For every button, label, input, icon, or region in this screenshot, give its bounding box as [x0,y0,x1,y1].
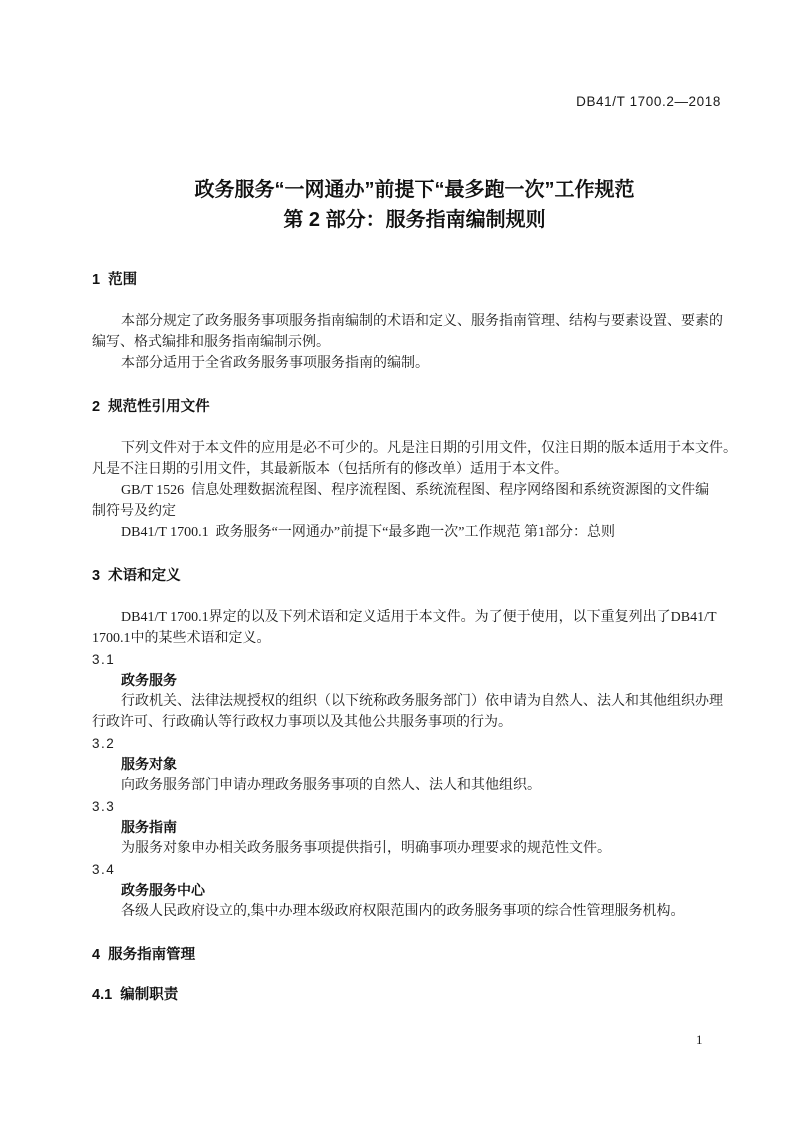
term-name: 政务服务中心 [92,880,737,901]
body-line: 凡是不注日期的引用文件，其最新版本（包括所有的修改单）适用于本文件。 [92,459,737,480]
clause-number-3-2: 3.2 [92,733,737,754]
clause-number-3-1: 3.1 [92,649,737,670]
title-line-1: 政务服务“一网通办”前提下“最多跑一次”工作规范 [92,175,737,205]
title-line-2: 第 2 部分：服务指南编制规则 [92,205,737,235]
reference-item-line: DB41/T 1700.1 政务服务“一网通办”前提下“最多跑一次”工作规范 第… [92,522,737,543]
term-definition-line: 各级人民政府设立的,集中办理本级政府权限范围内的政务服务事项的综合性管理服务机构… [92,901,737,922]
section-heading-scope: 1 范围 [92,271,737,289]
document-page: DB41/T 1700.2—2018 政务服务“一网通办”前提下“最多跑一次”工… [0,0,793,1122]
body-line: 编写、格式编排和服务指南编制示例。 [92,332,737,353]
document-title: 政务服务“一网通办”前提下“最多跑一次”工作规范 第 2 部分：服务指南编制规则 [92,175,737,235]
body-line: DB41/T 1700.1界定的以及下列术语和定义适用于本文件。为了便于使用，以… [92,607,737,628]
term-definition-line: 为服务对象申办相关政务服务事项提供指引，明确事项办理要求的规范性文件。 [92,838,737,859]
term-name: 政务服务 [92,670,737,691]
doc-number: DB41/T 1700.2—2018 [576,94,721,109]
body-line: 本部分适用于全省政务服务事项服务指南的编制。 [92,353,737,374]
subsection-heading-compilation-duty: 4.1 编制职责 [92,986,737,1004]
reference-item-line: 制符号及约定 [92,501,737,522]
page-number: 1 [696,1032,703,1048]
body-line: 本部分规定了政务服务事项服务指南编制的术语和定义、服务指南管理、结构与要素设置、… [92,311,737,332]
term-name: 服务对象 [92,754,737,775]
page-content: 政务服务“一网通办”前提下“最多跑一次”工作规范 第 2 部分：服务指南编制规则… [0,175,793,1004]
section-heading-guide-management: 4 服务指南管理 [92,946,737,964]
clause-number-3-4: 3.4 [92,859,737,880]
term-definition-line: 行政许可、行政确认等行政权力事项以及其他公共服务事项的行为。 [92,712,737,733]
body-line: 1700.1中的某些术语和定义。 [92,628,737,649]
section-heading-normative-references: 2 规范性引用文件 [92,398,737,416]
term-definition-line: 向政务服务部门申请办理政务服务事项的自然人、法人和其他组织。 [92,775,737,796]
body-line: 下列文件对于本文件的应用是必不可少的。凡是注日期的引用文件，仅注日期的版本适用于… [92,438,737,459]
term-name: 服务指南 [92,817,737,838]
reference-item-line: GB/T 1526 信息处理数据流程图、程序流程图、系统流程图、程序网络图和系统… [92,480,737,501]
section-heading-terms-definitions: 3 术语和定义 [92,567,737,585]
clause-number-3-3: 3.3 [92,796,737,817]
term-definition-line: 行政机关、法律法规授权的组织（以下统称政务服务部门）依申请为自然人、法人和其他组… [92,691,737,712]
